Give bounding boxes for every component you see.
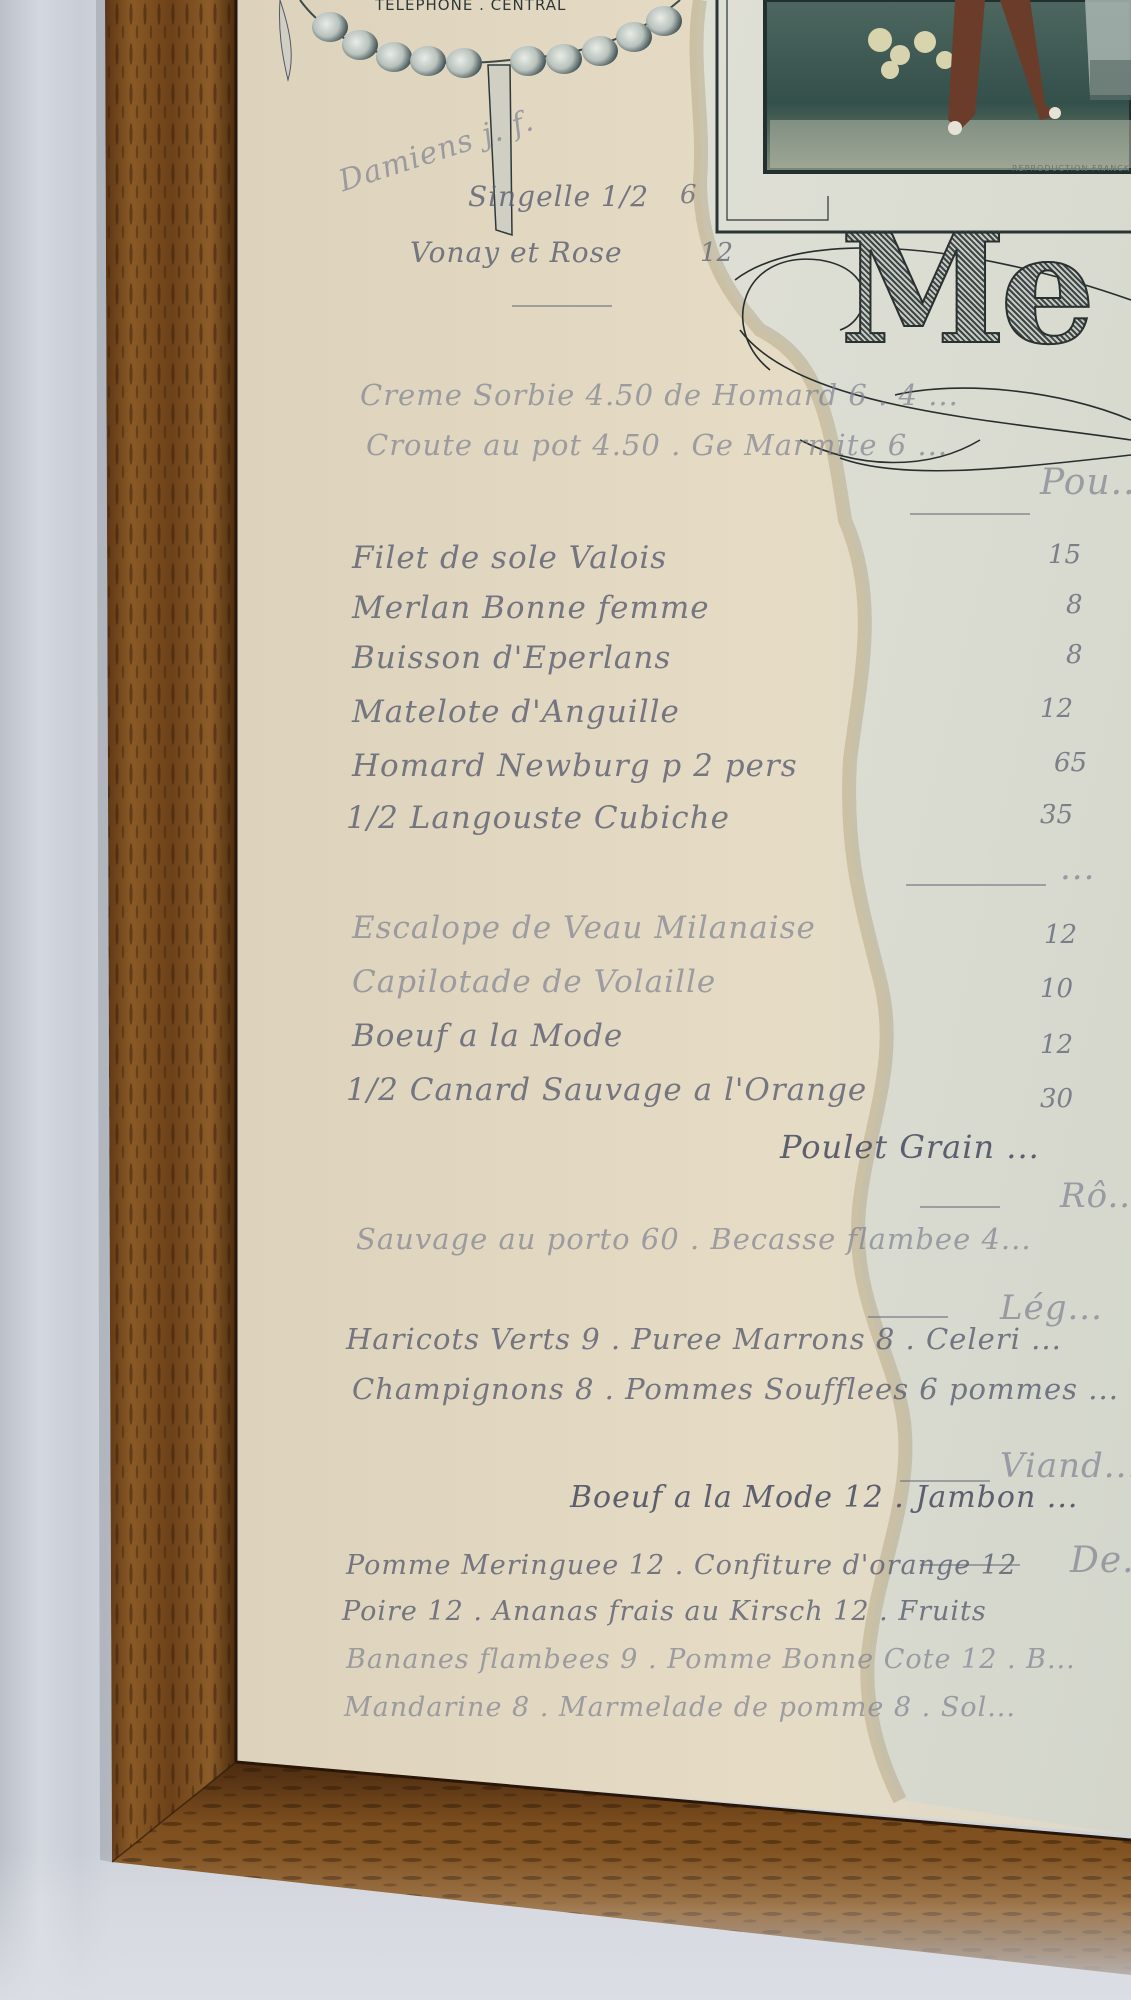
frame-artwork: [0, 0, 1131, 2000]
picture-frame: [0, 0, 1131, 2000]
